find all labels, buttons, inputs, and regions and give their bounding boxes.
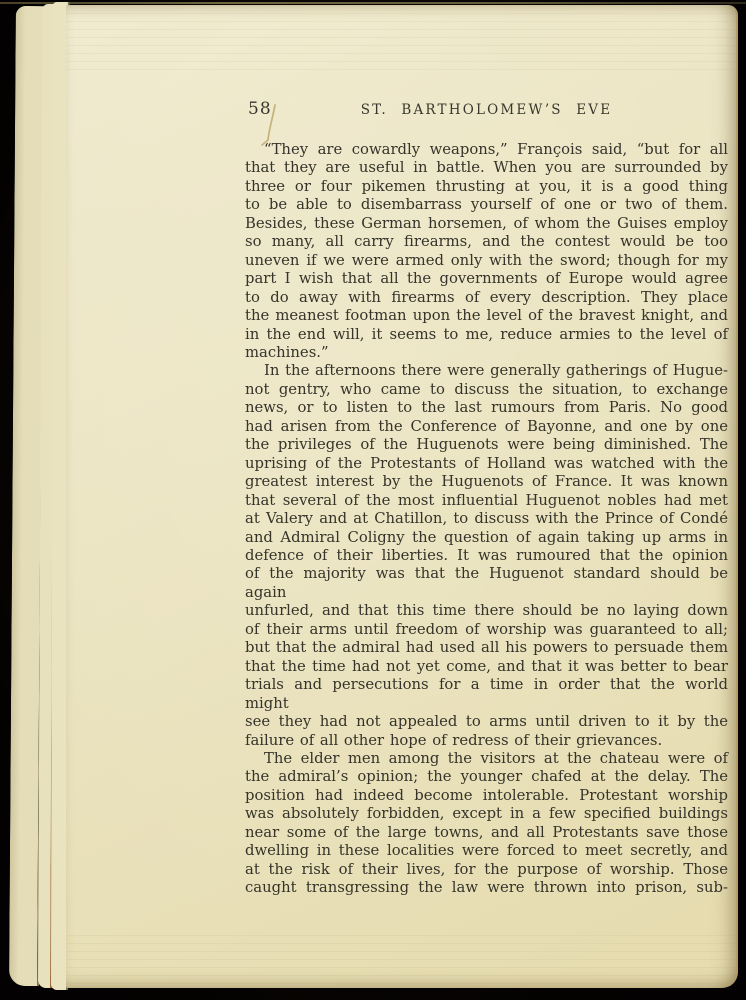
text-line: to be able to disembarrass yourself of o… <box>245 196 728 214</box>
text-line: of the majority was that the Huguenot st… <box>245 565 728 602</box>
text-line: the privileges of the Huguenots were bei… <box>245 436 728 454</box>
text-line: that several of the most influential Hug… <box>245 492 728 510</box>
book-board-edge <box>0 2 746 4</box>
text-line: in the end will, it seems to me, reduce … <box>245 326 728 344</box>
text-line: see they had not appealed to arms until … <box>245 713 728 731</box>
text-line: Besides, these German horsemen, of whom … <box>245 215 728 233</box>
text-line: The elder men among the visitors at the … <box>245 750 728 768</box>
text-line: so many, all carry firearms, and the con… <box>245 233 728 251</box>
text-line: uneven if we were armed only with the sw… <box>245 252 728 270</box>
paragraph: “They are cowardly weapons,” François sa… <box>245 141 728 362</box>
text-line: had arisen from the Conference of Bayonn… <box>245 418 728 436</box>
text-line: of their arms until freedom of worship w… <box>245 621 728 639</box>
text-line: and Admiral Coligny the question of agai… <box>245 529 728 547</box>
text-line: failure of all other hope of redress of … <box>245 732 728 750</box>
running-header: ST. BARTHOLOMEW’S EVE <box>245 99 728 118</box>
text-line: defence of their liberties. It was rumou… <box>245 547 728 565</box>
text-line: at the risk of their lives, for the purp… <box>245 861 728 879</box>
text-line: the meanest footman upon the level of th… <box>245 307 728 325</box>
text-line: In the afternoons there were generally g… <box>245 362 728 380</box>
text-line: near some of the large towns, and all Pr… <box>245 824 728 842</box>
text-line: three or four pikemen thrusting at you, … <box>245 178 728 196</box>
text-line: news, or to listen to the last rumours f… <box>245 399 728 417</box>
page-body: “They are cowardly weapons,” François sa… <box>245 141 728 898</box>
text-line: uprising of the Protestants of Holland w… <box>245 455 728 473</box>
text-line: position had indeed become intolerable. … <box>245 787 728 805</box>
text-line: unfurled, and that this time there shoul… <box>245 602 728 620</box>
paragraph: The elder men among the visitors at the … <box>245 750 728 898</box>
text-line: “They are cowardly weapons,” François sa… <box>245 141 728 159</box>
text-line: the admiral’s opinion; the younger chafe… <box>245 768 728 786</box>
text-line: but that the admiral had used all his po… <box>245 639 728 657</box>
text-line: machines.” <box>245 344 728 362</box>
text-line: that they are useful in battle. When you… <box>245 159 728 177</box>
text-line: caught transgressing the law were thrown… <box>245 879 728 897</box>
text-line: dwelling in these localities were forced… <box>245 842 728 860</box>
text-line: that the time had not yet come, and that… <box>245 658 728 676</box>
text-line: greatest interest by the Huguenots of Fr… <box>245 473 728 491</box>
text-line: to do away with firearms of every descri… <box>245 289 728 307</box>
page-header: 58 ST. BARTHOLOMEW’S EVE <box>245 99 728 121</box>
text-line: trials and persecutions for a time in or… <box>245 676 728 713</box>
page-number: 58 <box>248 99 272 119</box>
paragraph: In the afternoons there were generally g… <box>245 362 728 750</box>
text-line: was absolutely forbidden, except in a fe… <box>245 805 728 823</box>
text-column: 58 ST. BARTHOLOMEW’S EVE “They are cowar… <box>245 99 728 898</box>
text-line: at Valery and at Chatillon, to discuss w… <box>245 510 728 528</box>
book-page: 58 ST. BARTHOLOMEW’S EVE “They are cowar… <box>66 5 738 988</box>
text-line: not gentry, who came to discuss the situ… <box>245 381 728 399</box>
book-photo: 58 ST. BARTHOLOMEW’S EVE “They are cowar… <box>0 0 746 1000</box>
text-line: part I wish that all the governments of … <box>245 270 728 288</box>
